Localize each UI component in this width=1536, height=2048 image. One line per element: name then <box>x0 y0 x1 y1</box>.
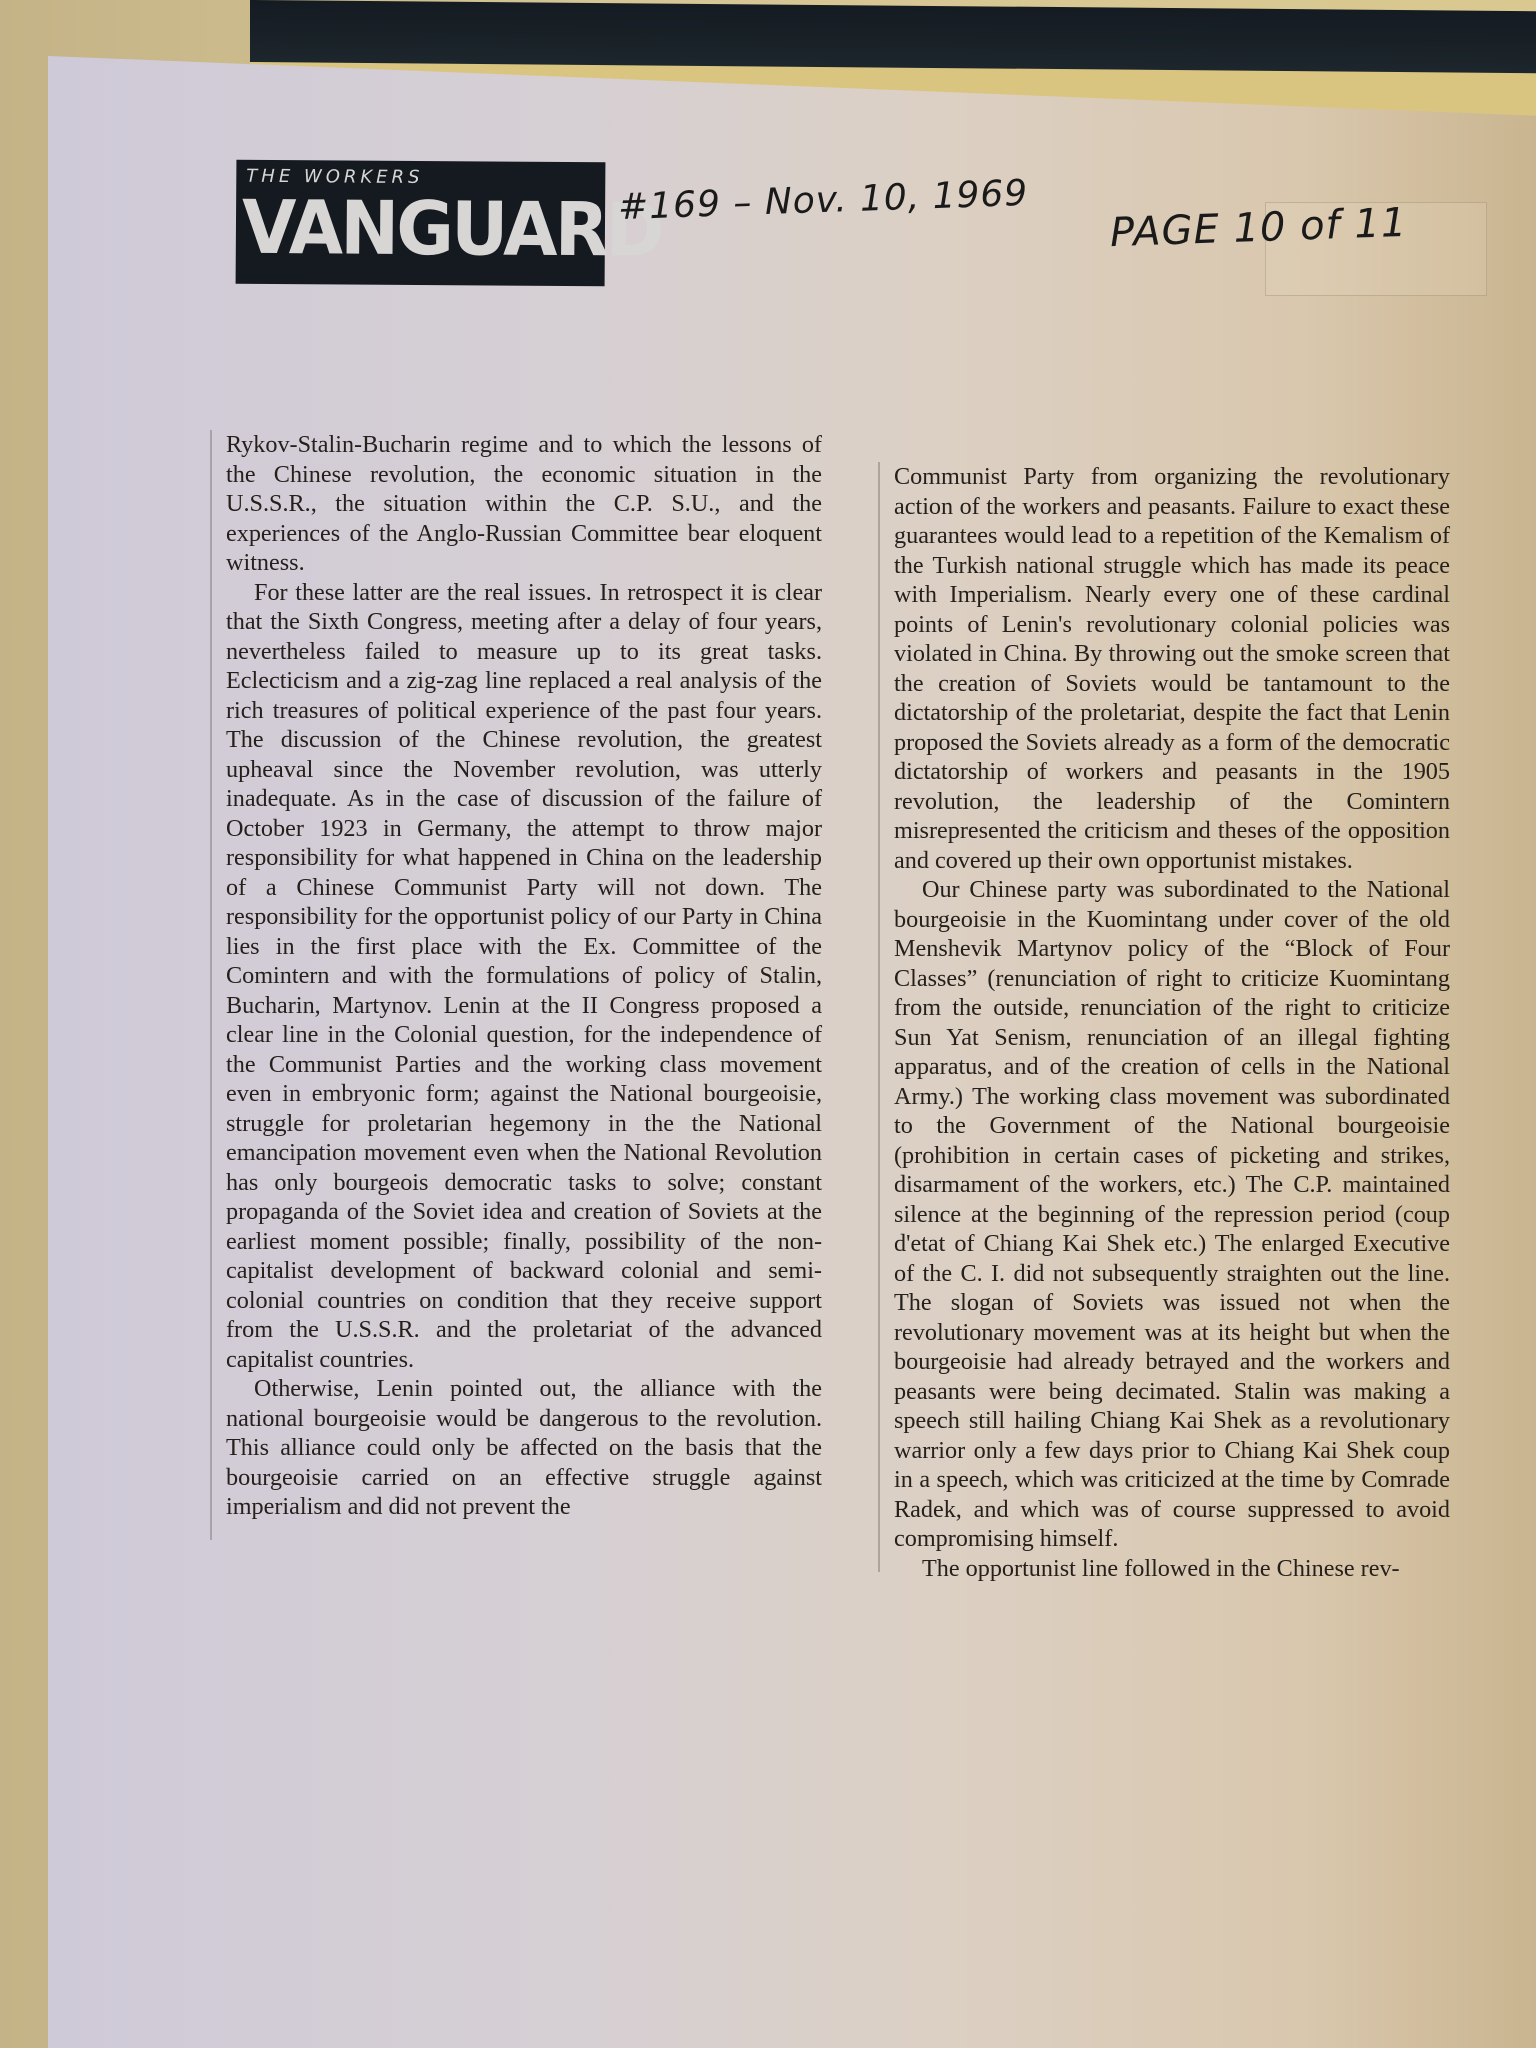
masthead-logo: THE WORKERS VANGUARD <box>236 160 606 287</box>
paragraph: Our Chinese party was subordinated to th… <box>894 875 1450 1554</box>
paragraph: Rykov-Stalin-Bucharin regime and to whic… <box>226 430 822 578</box>
masthead-title: VANGUARD <box>242 180 662 279</box>
paragraph: Otherwise, Lenin pointed out, the allian… <box>226 1374 822 1522</box>
paragraph: For these latter are the real issues. In… <box>226 578 822 1375</box>
article-column-right: Communist Party from organizing the revo… <box>878 462 1450 1572</box>
dark-background-edge <box>250 0 1536 73</box>
article-column-left: Rykov-Stalin-Bucharin regime and to whic… <box>210 430 822 1540</box>
paragraph: The opportunist line followed in the Chi… <box>894 1554 1450 1584</box>
paragraph: Communist Party from organizing the revo… <box>894 462 1450 875</box>
